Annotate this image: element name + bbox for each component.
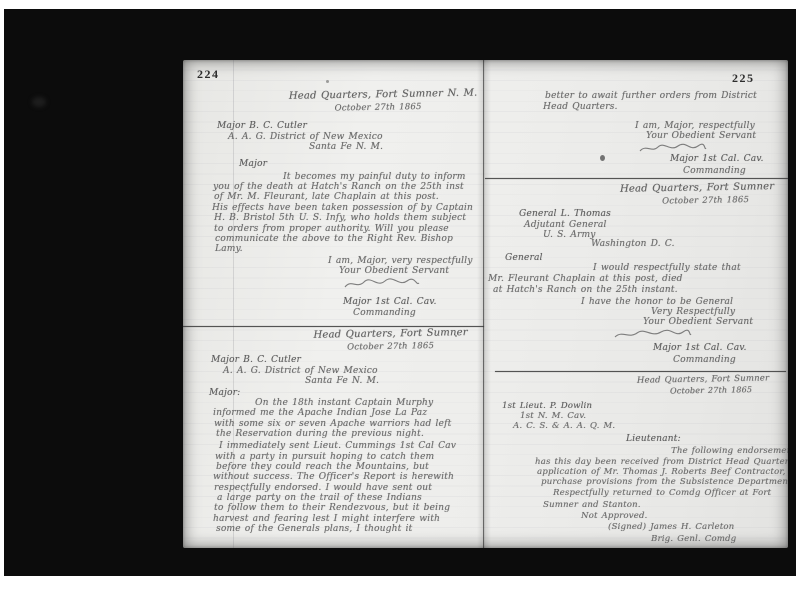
address-line: Major B. C. Cutler [211,355,301,365]
address-line: A. A. G. District of New Mexico [223,366,378,376]
letter-divider-right-2 [495,371,786,372]
page-number-right: 225 [732,71,755,86]
body-line: the Reservation during the previous nigh… [216,429,424,439]
body-line: purchase provisions from the Subsistence… [541,477,788,487]
address-line: Santa Fe N. M. [309,142,383,152]
body-line: of Mr. M. Fleurant, late Chaplain at thi… [214,192,439,202]
address-line: U. S. Army [543,230,595,240]
address-line: Major B. C. Cutler [217,121,307,131]
body-line: application of Mr. Thomas J. Roberts Bee… [537,467,788,477]
signature-flourish [343,276,421,292]
closing-line: Your Obedient Servant [646,131,756,141]
body-line: Head Quarters. [543,102,618,112]
letter-date-line: October 27th 1865 [641,385,781,397]
letter-heading-line: Head Quarters, Fort Sumner N. M. [278,88,488,102]
salutation: General [505,253,543,263]
body-line: On the 18th instant Captain Murphy [255,398,433,408]
body-line: Lamy. [215,244,243,254]
body-line: Mr. Fleurant Chaplain at this post, died [488,274,683,284]
closing-line: I am, Major, very respectfully [328,256,472,266]
letter-divider-right-1 [485,178,788,179]
body-line: with some six or seven Apache warriors h… [214,419,451,429]
body-line: you of the death at Hatch's Ranch on the… [213,182,464,192]
signer-role: Commanding [673,355,736,365]
body-line: respectfully endorsed. I would have sent… [214,483,432,493]
signer-role: Commanding [683,166,746,176]
signer-rank: Major 1st Cal. Cav. [670,154,764,164]
address-line: General L. Thomas [519,209,611,219]
film-blotch [32,97,46,107]
body-line: It becomes my painful duty to inform [283,172,466,182]
body-line: His effects have been taken possession o… [212,203,473,213]
body-line: before they could reach the Mountains, b… [216,462,429,472]
ink-speck [326,80,329,83]
ledger-page-spread: 224 225 Head Quarters, Fort Sumner N. M.… [183,60,788,548]
page-number-left: 224 [197,67,220,82]
body-line: I immediately sent Lieut. Cummings 1st C… [219,441,456,451]
letter-date-line: October 27th 1865 [303,101,453,114]
closing-line: I am, Major, respectfully [635,121,755,131]
address-line: A. C. S. & A. A. Q. M. [513,421,615,431]
address-line: Washington D. C. [591,239,675,249]
body-line: to follow them to their Rendezvous, but … [214,503,450,513]
ink-speck [455,335,457,337]
body-line: harvest and fearing lest I might interfe… [213,514,440,524]
signature-flourish [613,328,693,342]
salutation: Lieutenant: [626,434,681,444]
letter-date-line: October 27th 1865 [633,194,778,207]
body-line: to orders from proper authority. Will yo… [214,224,449,234]
closing-line: Your Obedient Servant [339,266,449,276]
salutation: Major: [209,388,240,398]
address-line: Santa Fe N. M. [305,376,379,386]
address-line: A. A. G. District of New Mexico [228,132,383,142]
body-line: Brig. Genl. Comdg [651,534,736,544]
body-line: better to await further orders from Dist… [545,91,757,101]
page-gutter-shadow [477,60,491,548]
body-line: H. B. Bristol 5th U. S. Infy, who holds … [214,213,466,223]
ink-speck [243,490,245,492]
body-line: (Signed) James H. Carleton [608,522,734,532]
body-line: without success. The Officer's Report is… [213,472,454,482]
page-gutter-line [483,60,484,548]
closing-line: I have the honor to be General [581,297,733,307]
body-line: some of the Generals plans, I thought it [216,524,412,534]
body-line: informed me the Apache Indian Jose La Pa… [213,408,427,418]
closing-line: Very Respectfully [651,307,735,317]
signer-rank: Major 1st Cal. Cav. [343,297,437,307]
body-line: a large party on the trail of these Indi… [217,493,422,503]
salutation: Major [239,159,267,169]
letter-heading-line: Head Quarters, Fort Sumner [608,182,786,195]
address-line: 1st Lieut. P. Dowlin [502,401,592,411]
closing-line: Your Obedient Servant [643,317,753,327]
address-line: Adjutant General [524,220,607,230]
body-line: Sumner and Stanton. [543,500,641,510]
signer-rank: Major 1st Cal. Cav. [653,343,747,353]
ink-speck [600,155,605,161]
signer-role: Commanding [353,308,416,318]
body-line: at Hatch's Ranch on the 25th instant. [493,285,678,295]
body-line: with a party in pursuit hoping to catch … [215,452,434,462]
body-line: Not Approved. [581,511,647,521]
body-line: I would respectfully state that [593,263,741,273]
body-line: Respectfully returned to Comdg Officer a… [553,488,771,498]
body-line: The following endorsement [671,446,788,456]
letter-date-line: October 27th 1865 [318,340,463,353]
address-line: 1st N. M. Cav. [520,411,586,421]
body-line: has this day been received from District… [535,457,788,467]
body-line: communicate the above to the Right Rev. … [215,234,453,244]
